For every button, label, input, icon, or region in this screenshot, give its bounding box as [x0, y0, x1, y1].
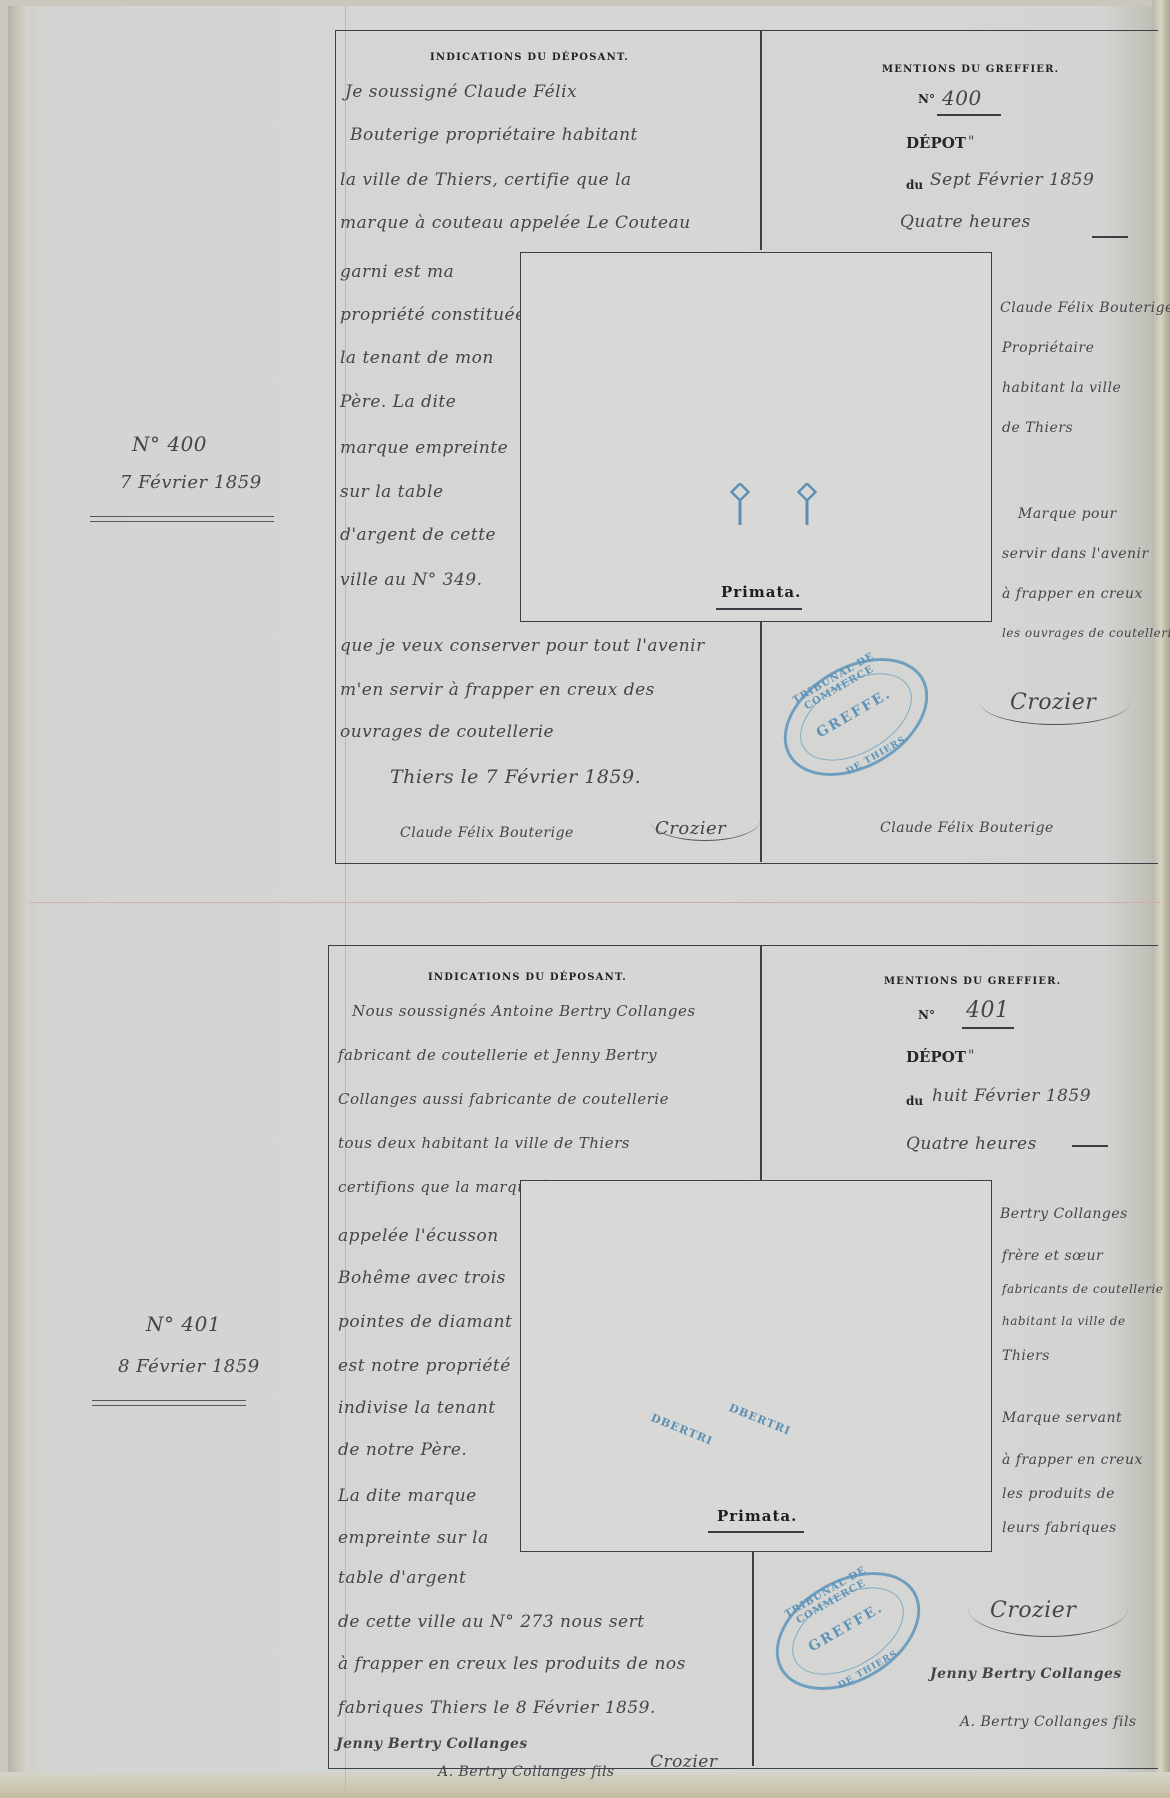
deposant-signature: Claude Félix Bouterige: [400, 825, 574, 841]
deposant-signature: Jenny Bertry Collanges: [930, 1666, 1122, 1682]
deposit-time: Quatre heures: [906, 1134, 1037, 1154]
margin-entry-date: 7 Février 1859: [120, 472, 262, 493]
deposant-signature: Jenny Bertry Collanges: [336, 1736, 528, 1752]
signature-flourish: [968, 1580, 1128, 1637]
number-label: N°: [918, 1008, 935, 1022]
column-divider-top: [760, 30, 762, 250]
page-binding: [8, 6, 30, 1792]
greffier-header: MENTIONS DU GREFFIER.: [882, 64, 1059, 75]
deposant-signature: A. Bertry Collanges fils: [960, 1714, 1137, 1730]
mark-caption: Primata.: [721, 583, 801, 601]
column-divider-bottom: [752, 1550, 754, 1766]
du-label: du: [906, 1094, 923, 1108]
deposit-time: Quatre heures: [900, 212, 1031, 232]
time-dash: [1072, 1145, 1108, 1147]
deposant-signature: Claude Félix Bouterige: [880, 820, 1054, 836]
column-divider-top: [760, 945, 762, 1180]
greffier-header: MENTIONS DU GREFFIER.: [884, 976, 1061, 987]
maker-mark-imprint: DBERTRI: [727, 1401, 793, 1438]
maker-mark-imprint: DBERTRI: [649, 1411, 715, 1448]
column-divider-bottom: [760, 620, 762, 862]
key-mark-icon: [795, 483, 821, 527]
deposit-number: 401: [966, 998, 1010, 1023]
clerk-signature: Crozier: [650, 1752, 717, 1772]
number-underline: [962, 1027, 1014, 1029]
deposit-date: huit Février 1859: [932, 1086, 1091, 1106]
du-label: du: [906, 178, 923, 192]
signature-flourish: [980, 680, 1130, 725]
margin-entry-number: N° 401: [146, 1312, 221, 1336]
margin-double-rule: [92, 1400, 246, 1406]
margin-rule-horizontal: [30, 902, 1160, 903]
deposant-header: INDICATIONS DU DÉPOSANT.: [430, 52, 629, 63]
deposant-signature: A. Bertry Collanges fils: [438, 1764, 615, 1780]
caption-underline: [708, 1531, 804, 1533]
mark-imprint-box: DBERTRI DBERTRI Primata.: [520, 1180, 992, 1552]
signature-flourish: [650, 800, 760, 841]
margin-entry-date: 8 Février 1859: [118, 1356, 260, 1377]
caption-underline: [716, 608, 802, 610]
margin-double-rule: [90, 516, 274, 522]
number-underline: [937, 114, 1001, 116]
deposit-date: Sept Février 1859: [930, 170, 1094, 190]
deposant-header: INDICATIONS DU DÉPOSANT.: [428, 972, 627, 983]
margin-entry-number: N° 400: [132, 432, 207, 456]
mark-caption: Primata.: [717, 1507, 797, 1525]
key-mark-icon: [728, 483, 754, 527]
depot-label: DÉPOT: [906, 134, 966, 152]
mark-imprint-box: Primata.: [520, 252, 992, 622]
deposit-number: 400: [942, 86, 982, 110]
depot-label: DÉPOT: [906, 1048, 966, 1066]
number-label: N°: [918, 92, 935, 106]
time-dash: [1092, 236, 1128, 238]
